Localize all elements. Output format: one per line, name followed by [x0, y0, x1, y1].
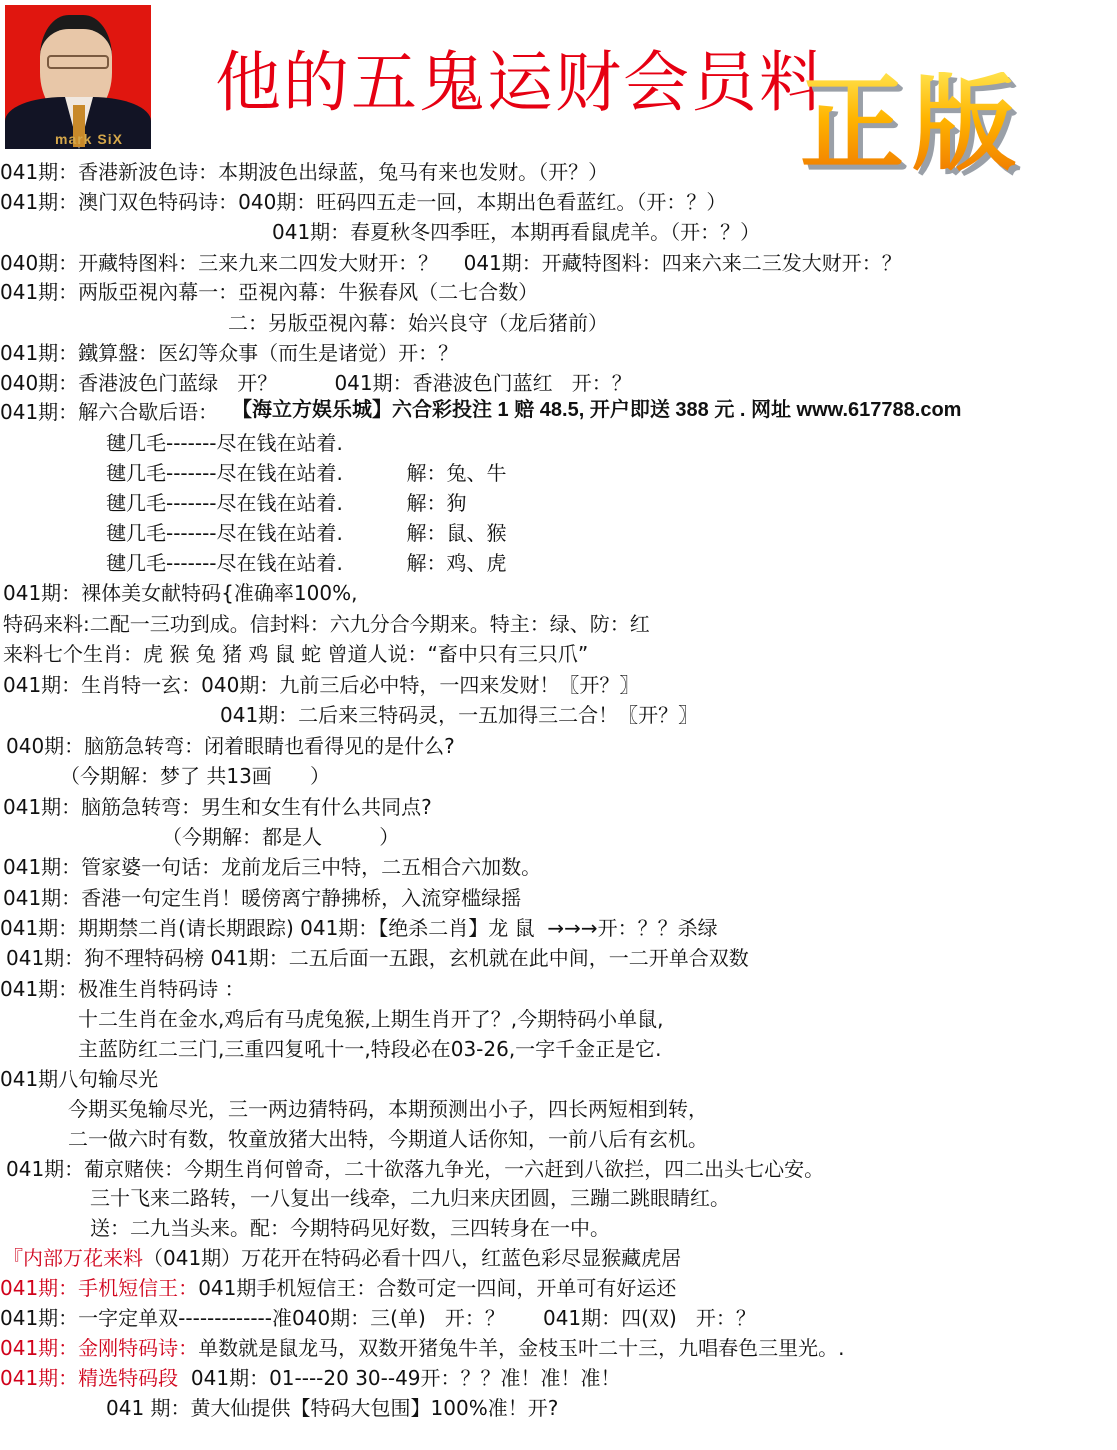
text-line: 040期：香港波色门蓝绿 开？ 041期：香港波色门蓝红 开：？ — [0, 371, 632, 395]
line-text: 041期：一字定单双-------------准040期：三(单) 开：？ 04… — [0, 1306, 756, 1330]
text-line: 040期：脑筋急转弯：闭着眼睛也看得见的是什么? — [6, 734, 455, 758]
text-line: 040期：开藏特图料：三来九来二四发大财开：？ 041期：开藏特图料：四来六来二… — [0, 251, 902, 275]
line-text: （041期）万花开在特码必看十四八，红蓝色彩尽显猴藏虎居 — [143, 1246, 681, 1270]
text-line: 041期：脑筋急转弯：男生和女生有什么共同点? — [3, 795, 432, 819]
text-line: 二一做六时有数，牧童放猪大出特，今期道人话你知，一前八后有玄机。 — [68, 1127, 708, 1151]
text-line: （今期解：都是人 ） — [162, 825, 399, 849]
line-text: 041期手机短信王：合数可定一四间，开单可有好运还 — [198, 1276, 676, 1300]
text-line: 041期：金刚特码诗：单数就是鼠龙马，双数开猪兔牛羊，金枝玉叶二十三，九唱春色三… — [0, 1336, 845, 1360]
text-line: 十二生肖在金水,鸡后有马虎兔猴,上期生肖开了？,今期特码小单鼠, — [78, 1007, 663, 1031]
text-line: 041期：狗不理特码榜 041期：二五后面一五跟，玄机就在此中间，一二开单合双数 — [6, 946, 749, 970]
line-text: 041期：01----20 30--49开：？？准！准！准！ — [178, 1366, 620, 1390]
text-line: 毽几毛-------尽在钱在站着. — [106, 431, 343, 455]
text-line: 毽几毛-------尽在钱在站着. 解：鸡、虎 — [106, 551, 506, 575]
text-line: 二：另版亞視內幕：始兴良守（龙后猪前） — [228, 311, 608, 335]
photo-glasses — [47, 55, 109, 69]
text-line: 041期：澳门双色特码诗：040期：旺码四五走一回，本期出色看蓝红。（开：？） — [0, 190, 726, 214]
text-line: 041期：解六合歇后语： — [0, 400, 218, 424]
line-text: 单数就是鼠龙马，双数开猪兔牛羊，金枝玉叶二十三，九唱春色三里光。. — [198, 1336, 844, 1360]
text-line: 041期：鐵算盤：医幻等众事（而生是诸觉）开：？ — [0, 341, 458, 365]
text-line: 送：二九当头来。配：今期特码见好数，三四转身在一中。 — [90, 1216, 610, 1240]
red-label: 041期：精选特码段 — [0, 1366, 178, 1390]
text-line: 041期：手机短信王：041期手机短信王：合数可定一四间，开单可有好运还 — [0, 1276, 676, 1300]
text-line: 来料七个生肖：虎 猴 兔 猪 鸡 鼠 蛇 曾道人说：“畜中只有三只爪” — [3, 642, 588, 666]
page-title: 他的五鬼运财会员料 — [215, 50, 827, 116]
text-line: 今期买兔输尽光，三一两边猜特码，本期预测出小子，四长两短相到转， — [68, 1097, 708, 1121]
photo-watermark: mark SiX — [55, 131, 123, 147]
text-line: 041期：极准生肖特码诗 ： — [0, 977, 245, 1001]
line-text: 041 期：黄大仙提供【特码大包围】100%准！开? — [106, 1396, 558, 1420]
red-label: 041期：金刚特码诗： — [0, 1336, 198, 1360]
text-line: 041 期：黄大仙提供【特码大包围】100%准！开? — [106, 1396, 558, 1420]
text-line: 毽几毛-------尽在钱在站着. 解：鼠、猴 — [106, 521, 506, 545]
text-line: 特码来料:二配一三功到成。信封料：六九分合今期来。特主：绿、防：红 — [3, 612, 650, 636]
text-line: 041期：裸体美女献特码{准确率100%, — [3, 581, 357, 605]
text-line: 毽几毛-------尽在钱在站着. 解：狗 — [106, 491, 466, 515]
text-line: 041期：两版亞視內幕一：亞視內幕：牛猴春风（二七合数） — [0, 280, 538, 304]
profile-photo: mark SiX — [5, 5, 151, 149]
ad-banner-text: 【海立方娱乐城】六合彩投注 1 赔 48.5, 开户即送 388 元 . 网址 … — [232, 398, 961, 422]
text-line: 041期：精选特码段 041期：01----20 30--49开：？？准！准！准… — [0, 1366, 621, 1390]
text-line: 041期：葡京赌侠：今期生肖何曾奇，二十欲落九争光，一六赶到八欲拦，四二出头七心… — [6, 1157, 824, 1181]
text-line: （今期解：梦了 共13画 ） — [60, 764, 330, 788]
text-line: 毽几毛-------尽在钱在站着. 解：兔、牛 — [106, 461, 506, 485]
red-label: 041期：手机短信王： — [0, 1276, 198, 1300]
red-label: 『内部万花来料 — [3, 1246, 143, 1270]
text-line: 041期八句输尽光 — [0, 1067, 158, 1091]
text-line: 041期：管家婆一句话：龙前龙后三中特，二五相合六加数。 — [3, 855, 541, 879]
text-line: 041期：一字定单双-------------准040期：三(单) 开：？ 04… — [0, 1306, 756, 1330]
text-line: 041期：春夏秋冬四季旺，本期再看鼠虎羊。（开：？） — [272, 220, 760, 244]
text-line: 041期：期期禁二肖(请长期跟踪) 041期：【绝杀二肖】龙 鼠 →→→开：？？… — [0, 916, 718, 940]
text-line: 041期：香港一句定生肖！暖傍离宁静拂桥，入流穿槛绿摇 — [3, 886, 521, 910]
text-line: 三十飞来二路转，一八复出一线牵，二九归来庆团圆，三蹦二跳眼睛红。 — [90, 1186, 730, 1210]
text-line: 041期：香港新波色诗：本期波色出绿蓝，兔马有来也发财。（开？） — [0, 160, 608, 184]
genuine-badge: 正版 — [800, 72, 1024, 176]
text-line: 041期：生肖特一玄：040期：九前三后必中特，一四来发财！〖开？〗 — [3, 673, 639, 697]
text-line: 主蓝防红二三门,三重四复吼十一,特段必在03-26,一字千金正是它. — [78, 1037, 662, 1061]
text-line: 041期：二后来三特码灵，一五加得三二合！〖开？〗 — [220, 703, 698, 727]
text-line: 『内部万花来料（041期）万花开在特码必看十四八，红蓝色彩尽显猴藏虎居 — [3, 1246, 681, 1270]
